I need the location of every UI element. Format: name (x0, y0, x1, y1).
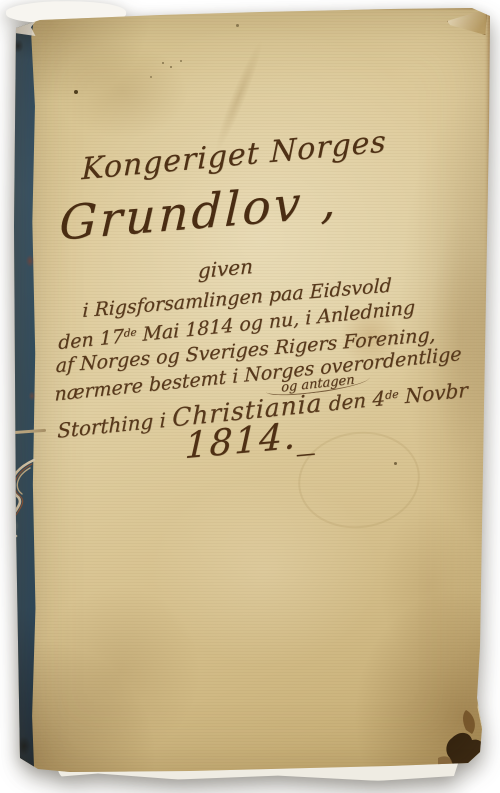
line-storthing-post: Novbr (399, 378, 468, 409)
line-storthing-city: Christiania (172, 388, 322, 432)
line-union: af Norges og Sveriges Rigers Forening, (56, 325, 417, 377)
blue-spine-binding (10, 6, 36, 778)
line-storthing: Storthing i Christiania den 4de Novbr (57, 378, 429, 444)
line-given: given (126, 247, 326, 289)
binding-thread (12, 429, 46, 434)
paper-stain (380, 506, 480, 666)
line-assembly: i Rigsforsamlingen paa Eidsvold (70, 274, 403, 323)
ink-speck (150, 76, 152, 78)
ink-speck (236, 24, 239, 27)
binding-threads (2, 456, 44, 540)
ink-speck (170, 66, 172, 68)
line-storthing-superscript: de (385, 388, 399, 402)
paper-stain (150, 476, 380, 666)
torn-edge-backing (476, 680, 492, 772)
line-determined: nærmere bestemt i Norges overordentlige (55, 347, 421, 406)
folded-corner-top-right (447, 9, 487, 35)
manuscript-cover: Kongeriget Norges Grundlov , given i Rig… (10, 6, 492, 778)
paper-stain (40, 586, 200, 756)
ink-speck (162, 62, 164, 64)
paper-stain (340, 306, 400, 366)
ink-speck (74, 90, 78, 94)
photo-background: Kongeriget Norges Grundlov , given i Rig… (0, 0, 500, 793)
line-date-post: Mai 1814 og nu, i Anledning (137, 296, 416, 346)
title-line-grundlov: Grundlov , (40, 172, 359, 253)
line-date: den 17de Mai 1814 og nu, i Anledning (57, 296, 415, 354)
ink-speck (394, 462, 397, 465)
paper-stain (210, 38, 268, 155)
paper-stain (58, 44, 188, 139)
line-date-pre: den 17 (58, 325, 124, 354)
manuscript-book: Kongeriget Norges Grundlov , given i Rig… (10, 6, 492, 778)
interline-insertion-note: og antagen (266, 371, 369, 398)
embossed-ring-mark (292, 424, 426, 536)
paper-stain (430, 216, 490, 456)
line-storthing-mid: den 4 (322, 386, 385, 416)
handwritten-text-block: Kongeriget Norges Grundlov , given i Rig… (2, 1, 500, 783)
spine-wear-marks (10, 6, 36, 778)
ink-speck (180, 60, 182, 62)
line-date-superscript: de (124, 326, 137, 339)
line-year: 1814._ (163, 412, 340, 469)
line-storthing-pre: Storthing i (57, 407, 172, 443)
title-line-kingdom: Kongeriget Norges (64, 123, 405, 189)
